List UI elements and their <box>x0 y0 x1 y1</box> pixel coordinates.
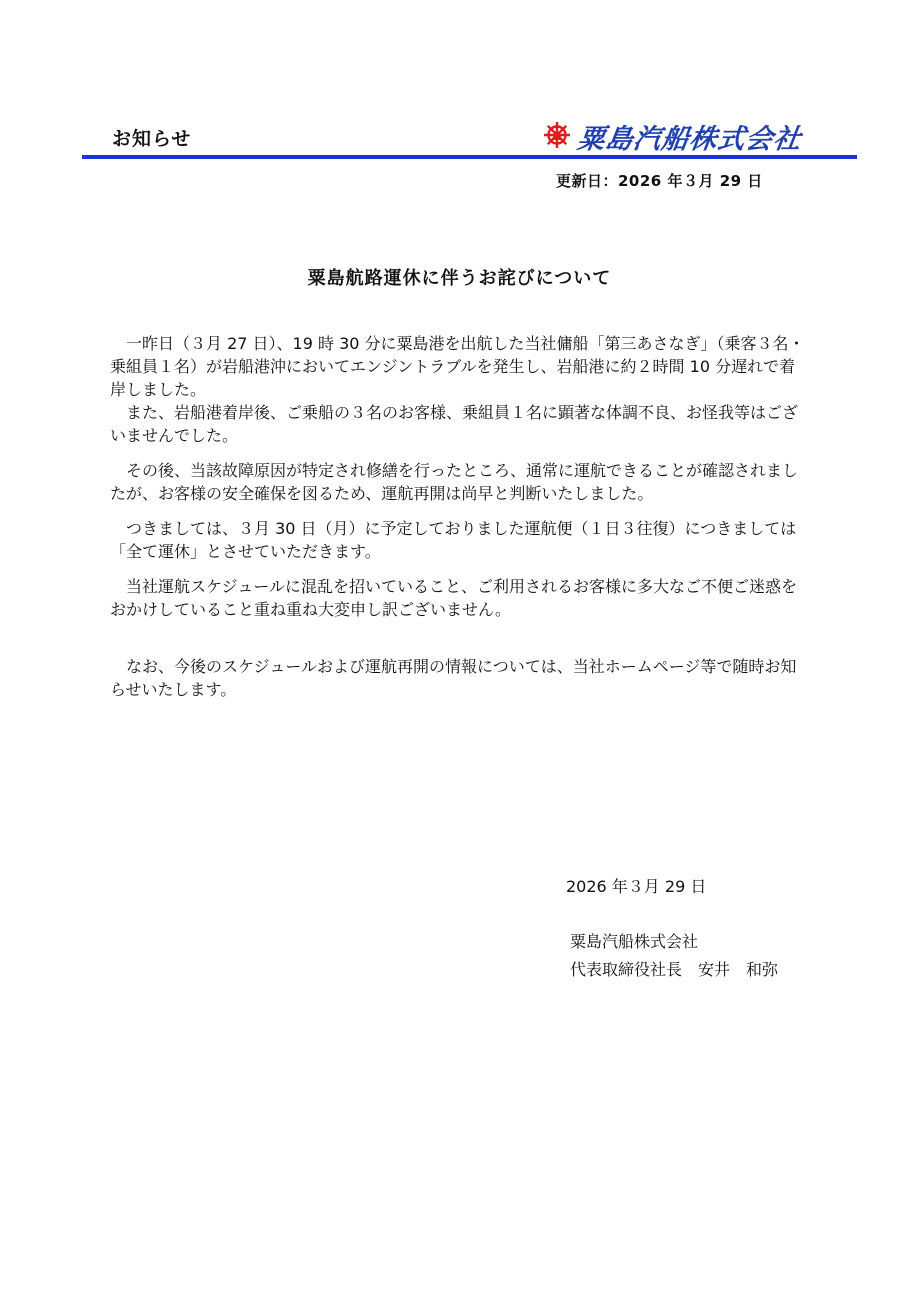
paragraph: また、岩船港着岸後、ご乗船の３名のお客様、乗組員１名に顕著な体調不良、お怪我等は… <box>110 401 810 447</box>
paragraph: なお、今後のスケジュールおよび運航再開の情報については、当社ホームページ等で随時… <box>110 655 810 701</box>
notice-body: 一昨日（３月 27 日）、19 時 30 分に粟島港を出航した当社傭船「第三あさ… <box>110 332 810 701</box>
signature-date: 2026 年３月 29 日 <box>566 874 706 897</box>
company-logo-text: 粟島汽船株式会社 <box>575 117 804 156</box>
header-divider <box>82 155 857 159</box>
updated-date: 更新日：2026 年３月 29 日 <box>556 170 763 191</box>
page-title: 粟島航路運休に伴うお詫びについて <box>0 264 919 290</box>
company-logo: 粟島汽船株式会社 <box>542 117 802 156</box>
paragraph: つきましては、３月 30 日（月）に予定しておりました運航便（１日３往復）につき… <box>110 517 810 563</box>
ship-wheel-icon <box>542 120 572 154</box>
signature-company: 粟島汽船株式会社 <box>570 929 698 952</box>
paragraph: その後、当該故障原因が特定され修繕を行ったところ、通常に運航できることが確認され… <box>110 459 810 505</box>
signature-name: 代表取締役社長 安井 和弥 <box>570 957 778 980</box>
notice-label: お知らせ <box>112 124 191 151</box>
paragraph: 当社運航スケジュールに混乱を招いていること、ご利用されるお客様に多大なご不便ご迷… <box>110 575 810 621</box>
paragraph: 一昨日（３月 27 日）、19 時 30 分に粟島港を出航した当社傭船「第三あさ… <box>110 332 810 401</box>
